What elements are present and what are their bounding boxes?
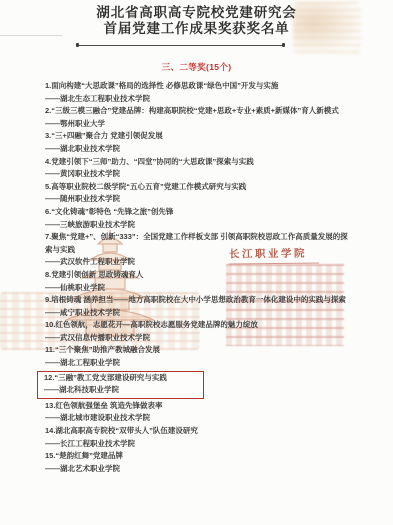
award-title: 3.“三+四融”聚合力 党建引领促发展 xyxy=(45,130,355,143)
award-title: 14.湖北高职高专院校“双带头人”队伍建设研究 xyxy=(45,425,355,438)
award-item-13: 13.红色领航强堡垒 筑造先锋做表率 ——湖北城市建设职业技术学院 xyxy=(45,400,355,425)
award-item-1: 1.面向构建“大思政课”格局的选择性 必修思政课“绿色中国”开发与实施 ——湖北… xyxy=(45,80,355,105)
document-title: 湖北省高职高专院校党建研究会 首届党建工作成果奖获奖名单 xyxy=(0,0,393,36)
award-title: 11.“三个聚焦”助推产教城融合发展 xyxy=(45,344,355,357)
award-school: ——湖北生态工程职业技术学院 xyxy=(45,93,355,106)
award-title: 4.党建引领下“三师”助力、“四堂”协同的“大思政课”探索与实践 xyxy=(45,156,355,169)
award-school: ——黄冈职业技术学院 xyxy=(45,168,355,181)
award-school: ——湖北城市建设职业技术学院 xyxy=(45,412,355,425)
award-school: ——三峡旅游职业技术学院 xyxy=(45,219,355,232)
title-divider-line xyxy=(78,45,283,46)
award-title: 2.“三级三模三融合”党建品牌：构建高职院校“党建+思政+专业+素质+新媒体”育… xyxy=(45,105,355,118)
award-title: 9.培根铸魂 涵养担当——地方高职院校在大中小学思想政治教育一体化建设中的实践与… xyxy=(45,294,355,307)
award-school: ——湖北职业技术学院 xyxy=(45,143,355,156)
award-item-4: 4.党建引领下“三师”助力、“四堂”协同的“大思政课”探索与实践 ——黄冈职业技… xyxy=(45,156,355,181)
award-item-8: 8.党建引领创新 思政铸魂育人 ——仙桃职业学院 xyxy=(45,269,355,294)
award-title: 1.面向构建“大思政课”格局的选择性 必修思政课“绿色中国”开发与实施 xyxy=(45,80,355,93)
award-item-6: 6.“文化铸魂”彰特色 “先锋之旅”创先锋 ——三峡旅游职业技术学院 xyxy=(45,206,355,231)
award-title: 6.“文化铸魂”彰特色 “先锋之旅”创先锋 xyxy=(45,206,355,219)
award-item-12-highlighted: 12.“三融”教工党支部建设研究与实践 ——湖北科技职业学院 xyxy=(37,371,204,399)
document-page: 长江职业学院 湖北省高职高专院校党建研究会 首届党建工作成果奖获奖名单 三、二等… xyxy=(0,0,393,525)
award-item-14: 14.湖北高职高专院校“双带头人”队伍建设研究 ——长江工程职业技术学院 xyxy=(45,425,355,450)
title-line-2: 首届党建工作成果奖获奖名单 xyxy=(0,21,393,37)
award-title: 12.“三融”教工党支部建设研究与实践 xyxy=(44,372,199,385)
award-school: ——鄂州职业大学 xyxy=(45,118,355,131)
award-title: 5.高等职业院校二级学院“五心五育”党建工作模式研究与实践 xyxy=(45,181,355,194)
award-school: ——湖北工程职业学院 xyxy=(45,357,355,370)
award-item-7: 7.聚焦“党建+”、创新“333”：全国党建工作样板支部 引领高职院校思政工作高… xyxy=(45,231,355,269)
award-item-5: 5.高等职业院校二级学院“五心五育”党建工作模式研究与实践 ——随州职业技术学院 xyxy=(45,181,355,206)
title-divider-row xyxy=(0,36,393,54)
award-title: 10.红色领航，志愿花开—高职院校志愿服务党建品牌的魅力绽放 xyxy=(45,319,355,332)
award-school: ——武汉信息传播职业技术学院 xyxy=(45,332,355,345)
award-list: 1.面向构建“大思政课”格局的选择性 必修思政课“绿色中国”开发与实施 ——湖北… xyxy=(45,80,355,475)
divider-right-dot xyxy=(282,43,285,46)
award-item-2: 2.“三级三模三融合”党建品牌：构建高职院校“党建+思政+专业+素质+新媒体”育… xyxy=(45,105,355,130)
award-school: ——仙桃职业学院 xyxy=(45,282,355,295)
award-school: ——长江工程职业技术学院 xyxy=(45,438,355,451)
award-item-15: 15.“楚韵红舞”党建品牌 ——湖北艺术职业学院 xyxy=(45,450,355,475)
divider-left-dot xyxy=(76,43,79,46)
award-school: ——咸宁职业技术学院 xyxy=(45,307,355,320)
award-school: ——武汉软件工程职业学院 xyxy=(45,256,355,269)
award-item-3: 3.“三+四融”聚合力 党建引领促发展 ——湖北职业技术学院 xyxy=(45,130,355,155)
award-school: ——随州职业技术学院 xyxy=(45,193,355,206)
award-school: ——湖北科技职业学院 xyxy=(44,384,199,397)
document-content: 湖北省高职高专院校党建研究会 首届党建工作成果奖获奖名单 三、二等奖(15个) … xyxy=(0,0,393,475)
award-title: 13.红色领航强堡垒 筑造先锋做表率 xyxy=(45,400,355,413)
award-title: 7.聚焦“党建+”、创新“333”：全国党建工作样板支部 引领高职院校思政工作高… xyxy=(45,231,355,256)
award-item-11: 11.“三个聚焦”助推产教城融合发展 ——湖北工程职业学院 xyxy=(45,344,355,369)
award-title: 8.党建引领创新 思政铸魂育人 xyxy=(45,269,355,282)
section-heading-second-prize: 三、二等奖(15个) xyxy=(0,61,393,73)
award-title: 15.“楚韵红舞”党建品牌 xyxy=(45,450,355,463)
title-line-1: 湖北省高职高专院校党建研究会 xyxy=(0,5,393,21)
award-item-10: 10.红色领航，志愿花开—高职院校志愿服务党建品牌的魅力绽放 ——武汉信息传播职… xyxy=(45,319,355,344)
award-school: ——湖北艺术职业学院 xyxy=(45,463,355,476)
award-item-9: 9.培根铸魂 涵养担当——地方高职院校在大中小学思想政治教育一体化建设中的实践与… xyxy=(45,294,355,319)
